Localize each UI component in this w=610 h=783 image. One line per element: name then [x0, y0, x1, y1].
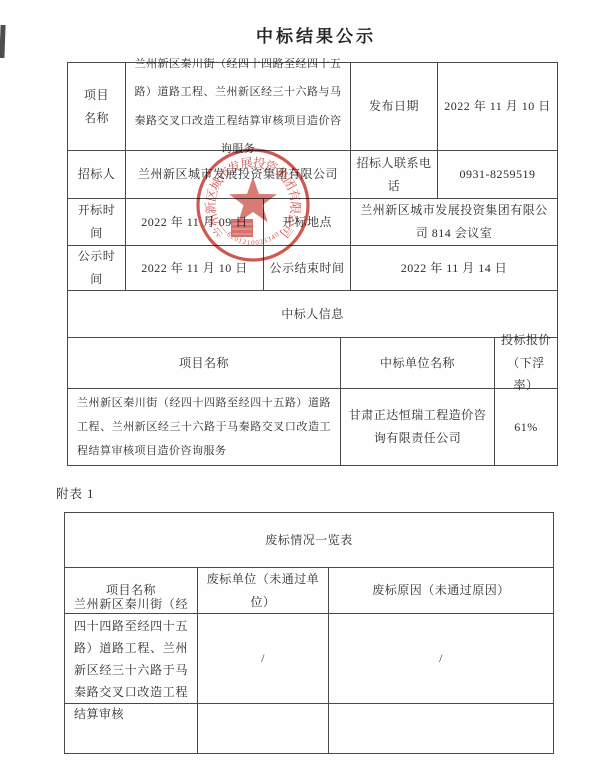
rejected-table-title: 废标情况一览表 [65, 513, 554, 568]
rejected-empty-cell [65, 704, 198, 754]
attachment-label: 附表 1 [56, 484, 94, 502]
publicity-end-value: 2022 年 11 月 14 日 [351, 246, 558, 291]
publicity-time-value: 2022 年 11 月 10 日 [126, 246, 264, 291]
project-name-label: 项目 名称 [68, 63, 126, 151]
rejected-reason: / [329, 614, 554, 704]
publish-date-value: 2022 年 11 月 10 日 [438, 63, 558, 151]
page-title: 中标结果公示 [0, 22, 610, 47]
open-place-value: 兰州新区城市发展投资集团有限公司 814 会议室 [351, 199, 558, 246]
rejected-empty-cell [198, 704, 329, 754]
open-place-label: 开标地点 [264, 199, 351, 246]
publish-date-label: 发布日期 [351, 63, 438, 151]
publicity-time-label: 公示时间 [68, 246, 126, 291]
open-time-label: 开标时间 [68, 199, 126, 246]
winner-price: 61% [495, 389, 558, 466]
winner-section-title: 中标人信息 [68, 291, 558, 338]
rejected-header-unit: 废标单位（未通过单位） [198, 568, 329, 614]
phone-label: 招标人联系电话 [351, 151, 438, 199]
winner-company: 甘肃正达恒瑞工程造价咨询有限责任公司 [341, 389, 495, 466]
winner-project: 兰州新区秦川街（经四十四路至经四十五路）道路工程、兰州新区经三十六路于马秦路交叉… [68, 389, 341, 466]
rejected-header-reason: 废标原因（未通过原因） [329, 568, 554, 614]
document-page: 中标结果公示 项目 名称 兰州新区秦川街（经四十四路至经四十五路）道路工程、兰州… [0, 0, 610, 783]
bid-result-table: 项目 名称 兰州新区秦川街（经四十四路至经四十五路）道路工程、兰州新区经三十六路… [67, 62, 558, 466]
publicity-end-label: 公示结束时间 [264, 246, 351, 291]
winner-header-price: 投标报价 （下浮率） [495, 338, 558, 389]
rejected-empty-cell [329, 704, 554, 754]
project-name-value: 兰州新区秦川街（经四十四路至经四十五路）道路工程、兰州新区经三十六路与马秦路交叉… [126, 63, 351, 151]
winner-header-project: 项目名称 [68, 338, 341, 389]
winner-header-company: 中标单位名称 [341, 338, 495, 389]
rejected-project: 兰州新区秦川街（经四十四路至经四十五路）道路工程、兰州新区经三十六路于马秦路交叉… [65, 614, 198, 704]
bidder-label: 招标人 [68, 151, 126, 199]
rejected-unit: / [198, 614, 329, 704]
bidder-value: 兰州新区城市发展投资集团有限公司 [126, 151, 351, 199]
rejected-bid-table: 废标情况一览表 项目名称 废标单位（未通过单位） 废标原因（未通过原因） 兰州新… [64, 512, 554, 754]
phone-value: 0931-8259519 [438, 151, 558, 199]
open-time-value: 2022 年 11 月 09 日 [126, 199, 264, 246]
